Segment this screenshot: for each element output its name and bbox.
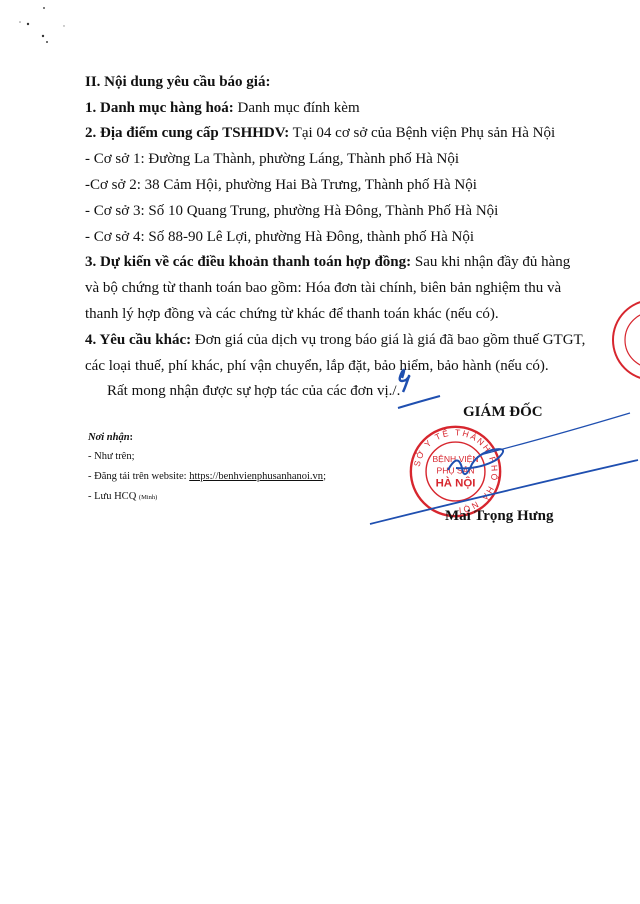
- item-location: 2. Địa điểm cung cấp TSHHDV: Tại 04 cơ s…: [85, 124, 555, 142]
- item-payment: 3. Dự kiến về các điều khoản thanh toán …: [85, 253, 570, 271]
- signer-role: GIÁM ĐỐC: [463, 404, 543, 421]
- page-edge-stamp: [608, 290, 640, 390]
- location-4: - Cơ sở 4: Số 88-90 Lê Lợi, phường Hà Đô…: [85, 228, 474, 246]
- item-payment-cont2: thanh lý hợp đồng và các chứng từ khác đ…: [85, 305, 499, 323]
- item-payment-cont1: và bộ chứng từ thanh toán bao gồm: Hóa đ…: [85, 279, 561, 297]
- recipient-3: - Lưu HCQ (Minh): [88, 490, 157, 504]
- item-goods: 1. Danh mục hàng hoá: Danh mục đính kèm: [85, 99, 360, 117]
- official-stamp: SỞ Y TẾ THÀNH PHỐ HÀ NỘI BỆNH VIỆN PHỤ S…: [408, 424, 503, 519]
- recipient-1: - Như trên;: [88, 450, 135, 463]
- item-other: 4. Yêu cầu khác: Đơn giá của dịch vụ tro…: [85, 331, 585, 349]
- closing-text: Rất mong nhận được sự hợp tác của các đơ…: [107, 382, 400, 400]
- website-link[interactable]: https://benhvienphusanhanoi.vn: [189, 471, 323, 482]
- signer-name: Mai Trọng Hưng: [445, 508, 553, 525]
- location-1: - Cơ sở 1: Đường La Thành, phường Láng, …: [85, 150, 459, 168]
- location-2: -Cơ sở 2: 38 Cảm Hội, phường Hai Bà Trưn…: [85, 176, 477, 194]
- item-other-cont1: các loại thuế, phí khác, phí vận chuyển,…: [85, 357, 549, 375]
- svg-text:HÀ NỘI: HÀ NỘI: [436, 477, 476, 490]
- section-title: II. Nội dung yêu cầu báo giá:: [85, 73, 270, 91]
- location-3: - Cơ sở 3: Số 10 Quang Trung, phường Hà …: [85, 202, 498, 220]
- svg-text:PHỤ SẢN: PHỤ SẢN: [437, 464, 475, 475]
- svg-text:BỆNH VIỆN: BỆNH VIỆN: [432, 454, 478, 464]
- recipients-title: Nơi nhận:: [88, 431, 133, 444]
- recipient-2: - Đăng tải trên website: https://benhvie…: [88, 470, 326, 483]
- scan-specks: [0, 0, 120, 60]
